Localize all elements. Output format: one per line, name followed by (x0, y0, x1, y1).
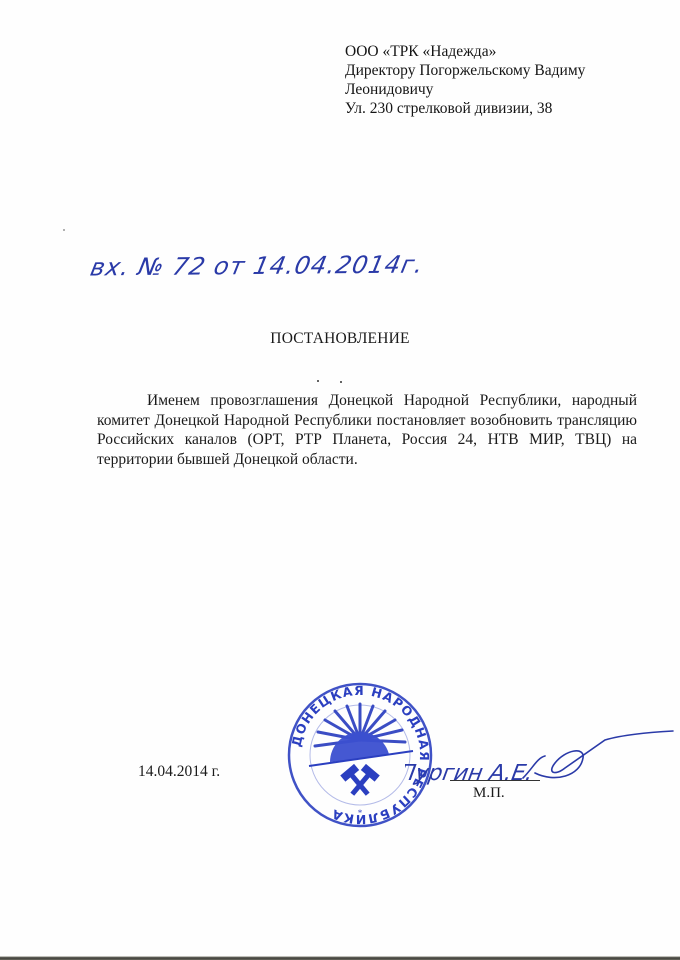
scan-speck (340, 381, 342, 383)
addressee-line: Леонидовичу (345, 80, 645, 99)
addressee-line: Ул. 230 стрелковой дивизии, 38 (345, 99, 645, 118)
crossed-hammers-icon (340, 764, 380, 800)
document-date: 14.04.2014 г. (138, 763, 220, 781)
scan-bottom-edge (0, 956, 680, 960)
seal-label: М.П. (473, 785, 505, 802)
svg-text:Пургин А.Е.: Пургин А.Е. (405, 760, 535, 786)
document-title: ПОСТАНОВЛЕНИЕ (0, 330, 680, 348)
addressee-block: ООО «ТРК «Надежда» Директору Погоржельск… (345, 42, 645, 118)
addressee-line: Директору Погоржельскому Вадиму (345, 61, 645, 80)
resolution-body: Именем провозглашения Донецкой Народной … (97, 391, 637, 469)
signature-line (450, 780, 540, 781)
incoming-registration-note: вх. № 72 от 14.04.2014г. (88, 251, 427, 282)
scan-speck (317, 380, 319, 382)
scan-speck (63, 229, 65, 231)
document-page: ООО «ТРК «Надежда» Директору Погоржельск… (0, 0, 680, 960)
handwritten-signature: Пургин А.Е. (405, 728, 675, 798)
addressee-line: ООО «ТРК «Надежда» (345, 42, 645, 61)
svg-text:*: * (358, 808, 363, 818)
